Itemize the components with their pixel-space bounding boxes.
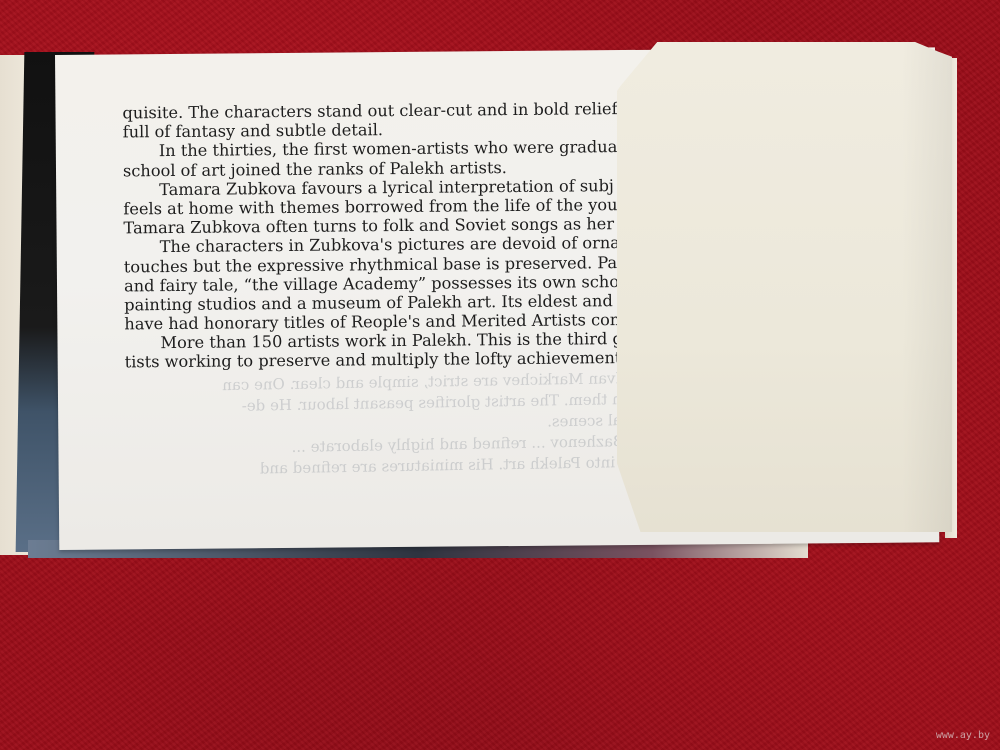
bleed-through-text: itions of Ivan Markichev are strict, sim… <box>117 367 689 482</box>
watermark: www.ay.by <box>936 730 990 741</box>
inserted-card-shadow <box>617 42 952 532</box>
page-body-text: quisite. The characters stand out clear-… <box>122 99 684 373</box>
